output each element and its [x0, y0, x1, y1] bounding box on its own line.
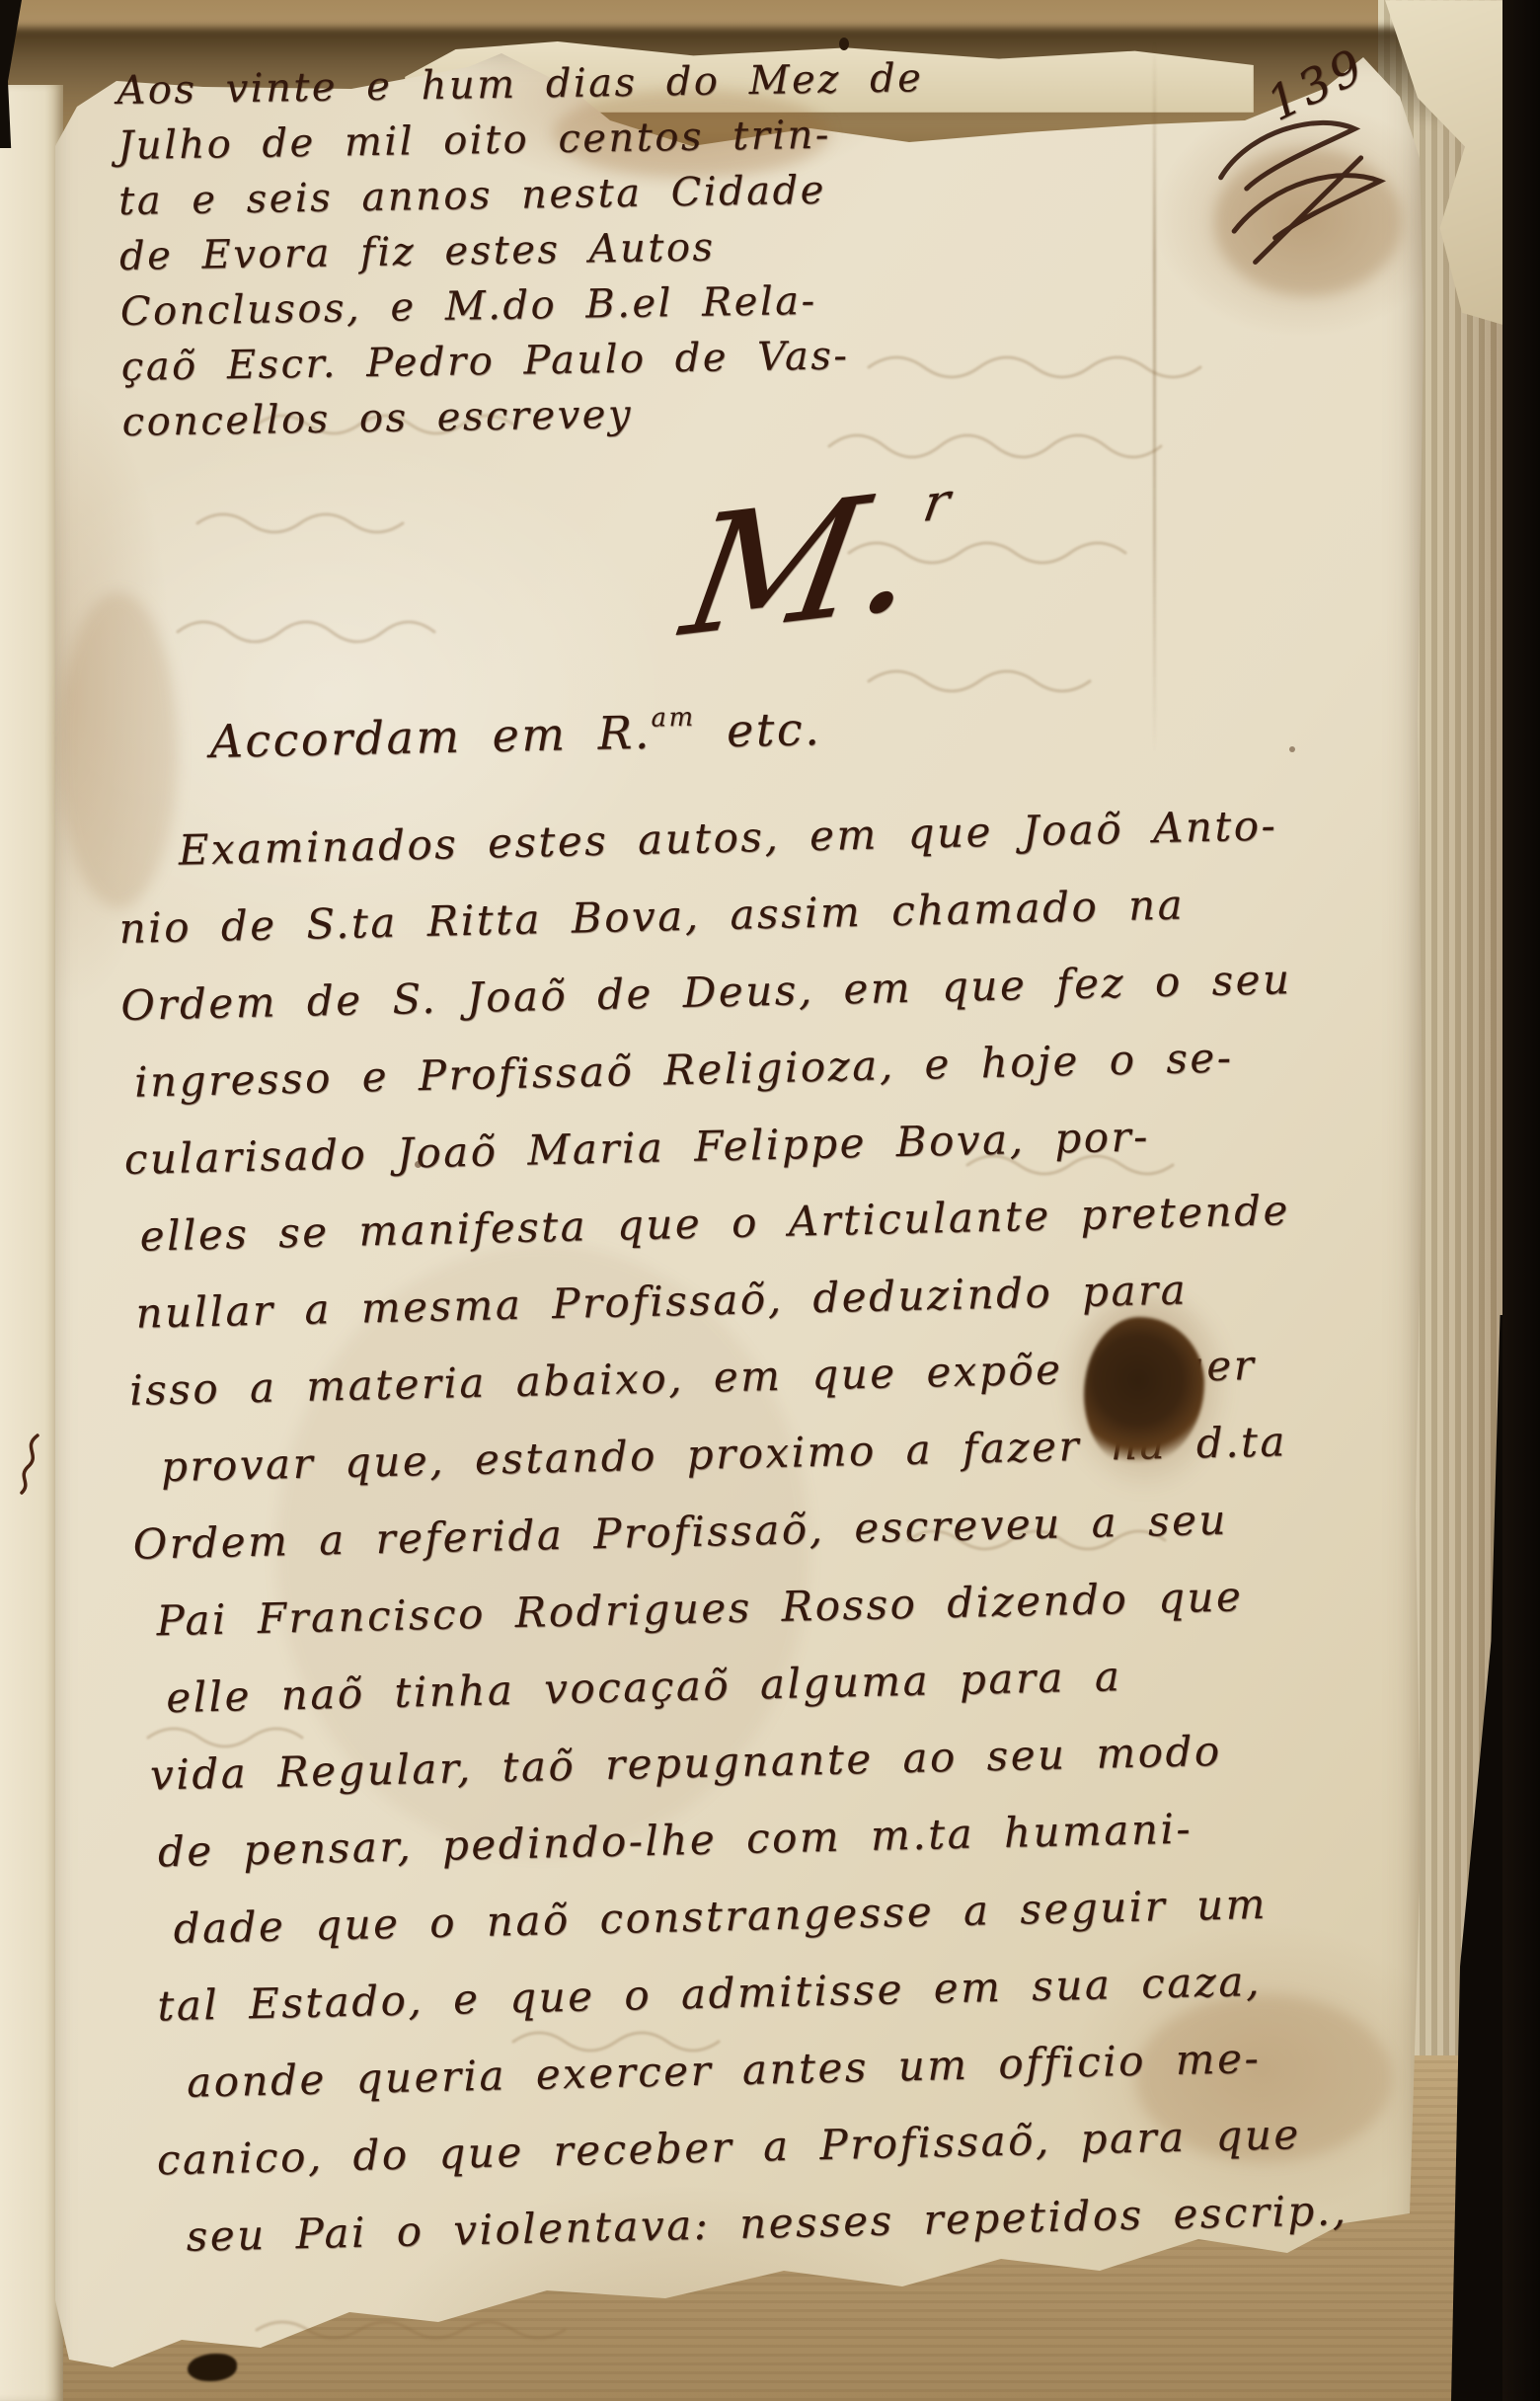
ink-speck: [415, 1161, 422, 1168]
initial-main: M.: [672, 455, 933, 674]
opening-formula: Aos vinte e hum dias do Mez de Julho de …: [116, 50, 929, 450]
ink-speck: [839, 38, 849, 50]
manuscript-photo: 139 Aos vinte e hum dias do Mez de Julho…: [0, 0, 1540, 2401]
ink-speck: [1289, 746, 1295, 752]
calligraphic-initial: M.r: [674, 465, 956, 659]
left-margin-squiggle: [2, 1430, 49, 1499]
acordao-main: Accordam em R.: [209, 706, 652, 768]
acordao-tail: etc.: [695, 702, 821, 758]
acordao-superscript: am: [651, 703, 696, 734]
acordao-body: Examinados estes autos, em que Joaõ Anto…: [116, 785, 1432, 2277]
dark-background-right: [1502, 0, 1540, 2401]
